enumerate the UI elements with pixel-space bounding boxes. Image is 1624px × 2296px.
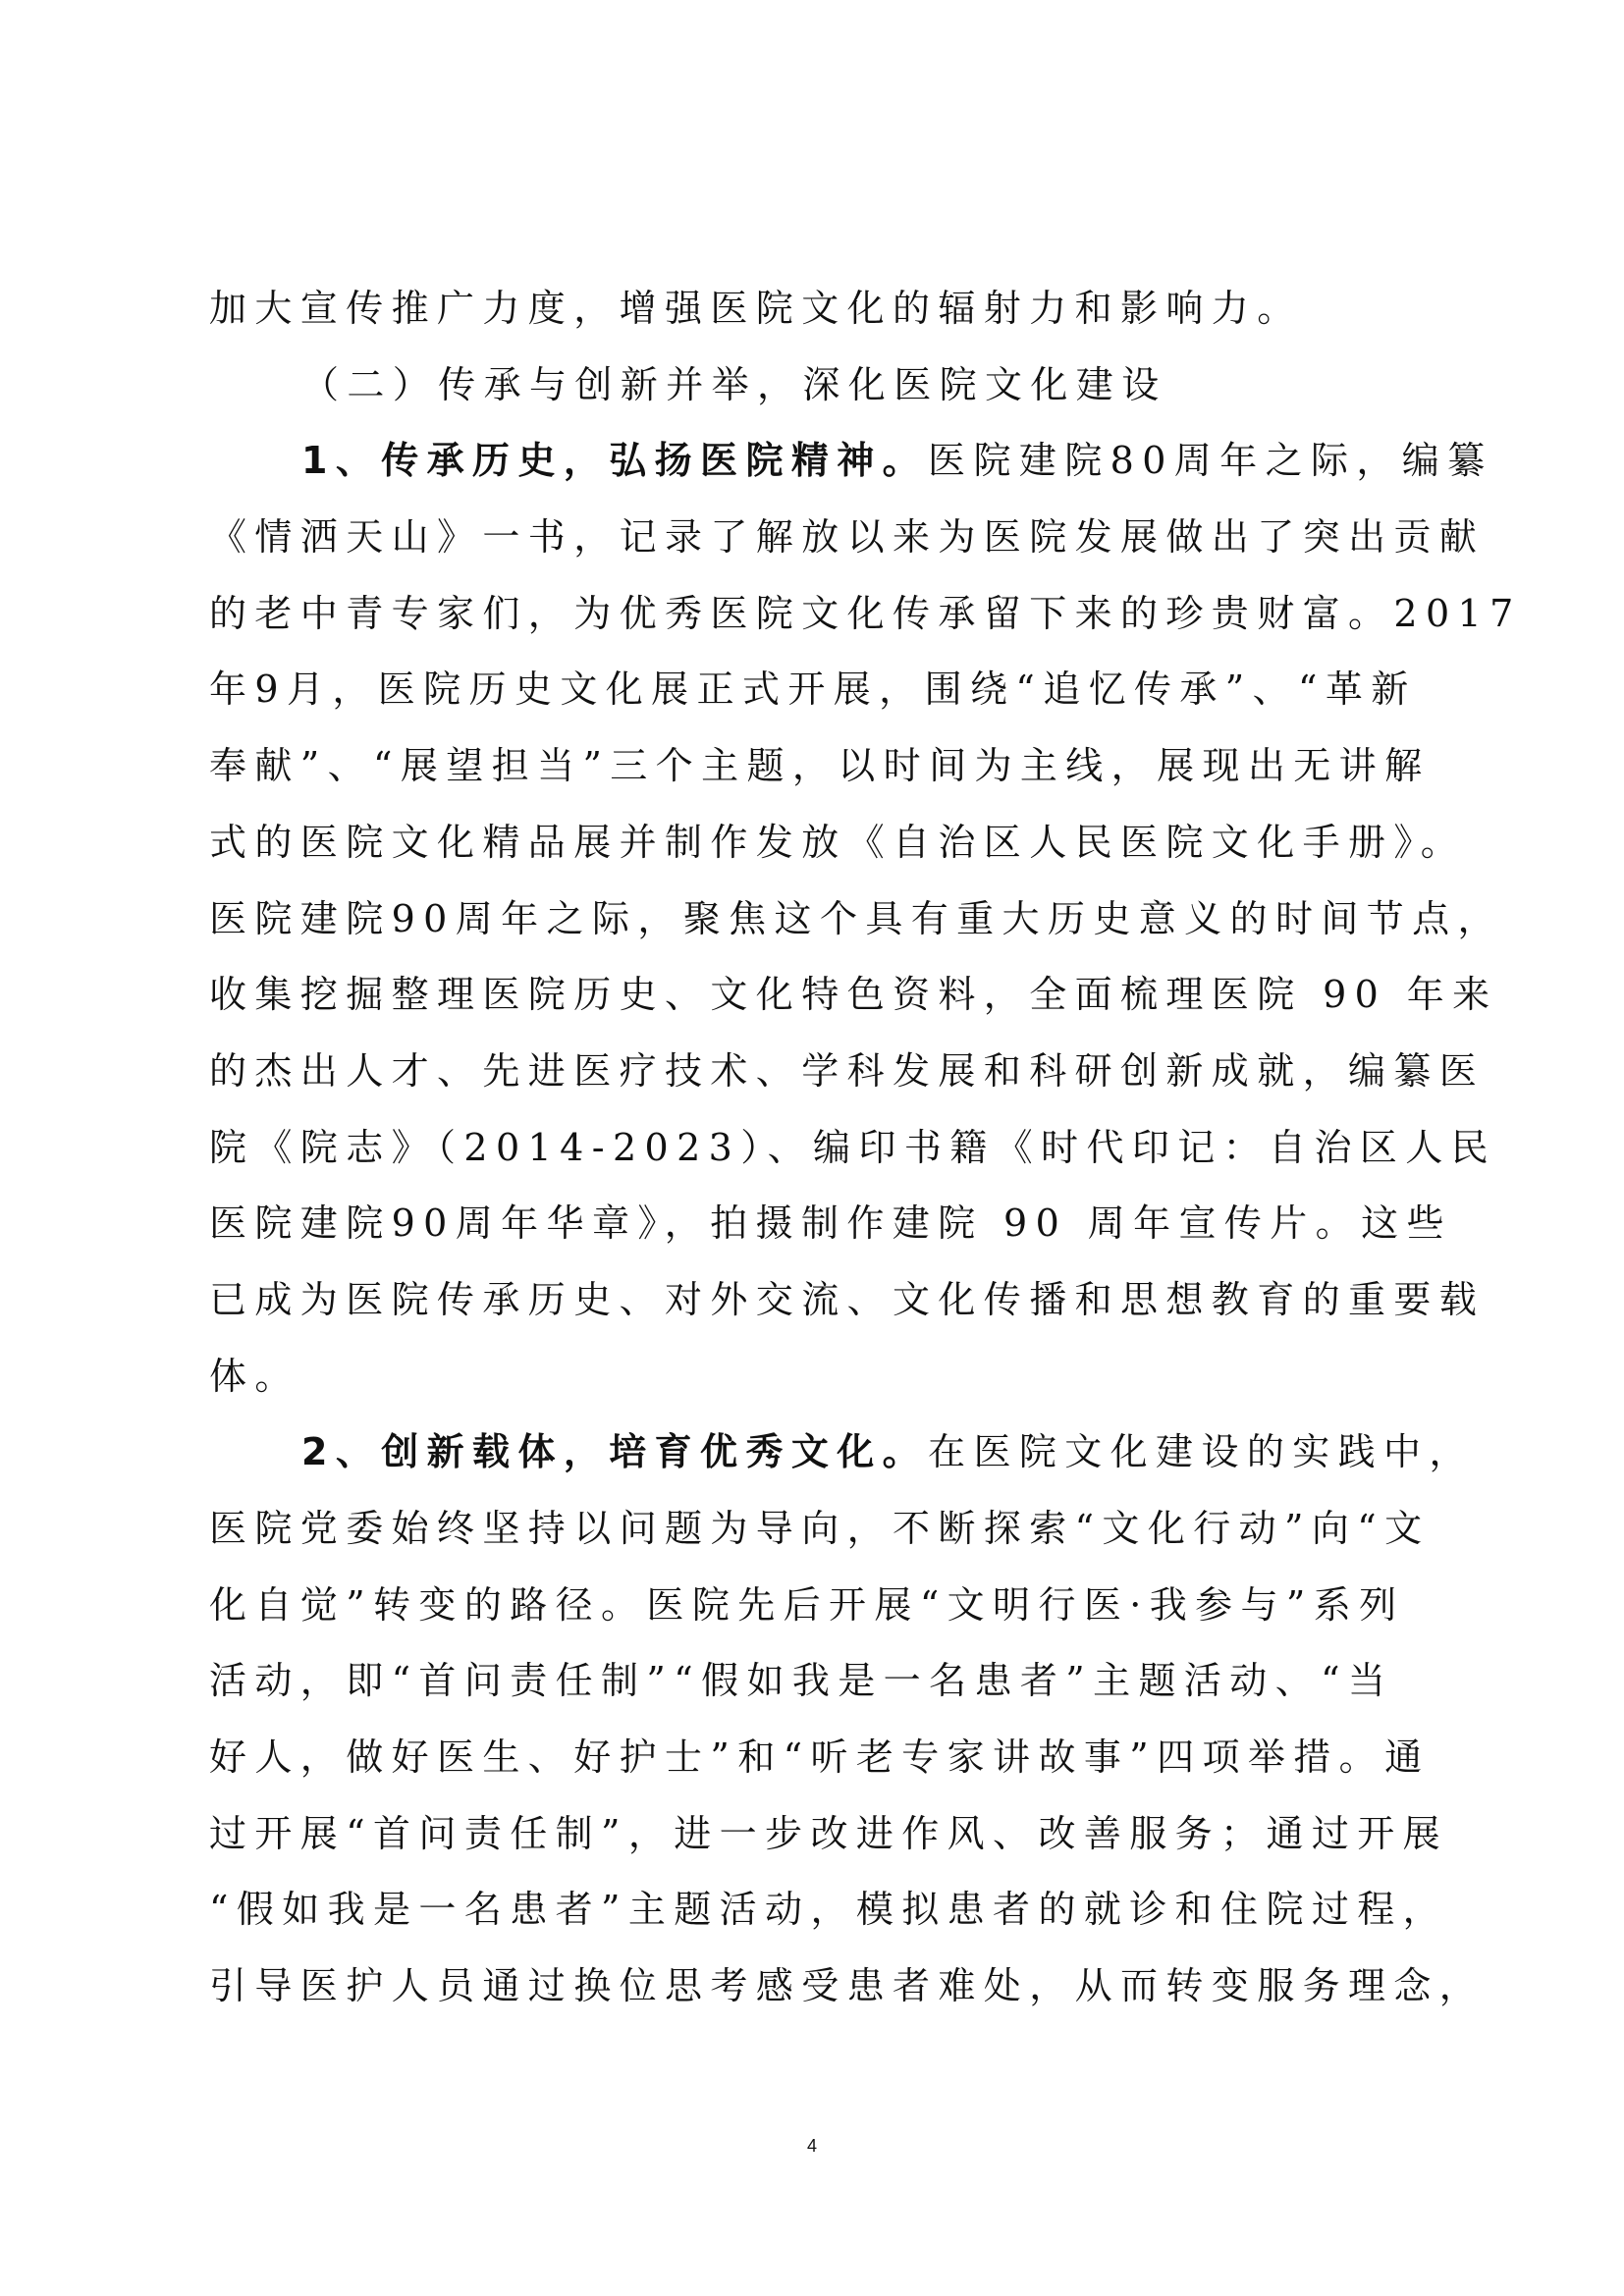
paragraph-line: 好人，做好医生、好护士”和“听老专家讲故事”四项举措。通 (209, 1720, 1413, 1796)
document-body: 加大宣传推广力度，增强医院文化的辐射力和影响力。 （二）传承与创新并举，深化医院… (209, 271, 1413, 2025)
subsection-heading: 2、创新载体，培育优秀文化。 (301, 1430, 928, 1473)
paragraph-line: 加大宣传推广力度，增强医院文化的辐射力和影响力。 (209, 271, 1413, 347)
paragraph-line: 式的医院文化精品展并制作发放《自治区人民医院文化手册》。 (209, 805, 1413, 881)
paragraph-line: 引导医护人员通过换位思考感受患者难处，从而转变服务理念， (209, 1949, 1413, 2025)
paragraph-line: 医院建院90周年华章》，拍摄制作建院 90 周年宣传片。这些 (209, 1186, 1413, 1262)
subsection-heading: 1、传承历史，弘扬医院精神。 (301, 439, 928, 482)
paragraph-line: 医院党委始终坚持以问题为导向，不断探索“文化行动”向“文 (209, 1491, 1413, 1568)
paragraph-line: 年9月，医院历史文化展正式开展，围绕“追忆传承”、“革新 (209, 652, 1413, 728)
paragraph-line: 活动，即“首问责任制”“假如我是一名患者”主题活动、“当 (209, 1643, 1413, 1720)
paragraph-line: 奉献”、“展望担当”三个主题，以时间为主线，展现出无讲解 (209, 728, 1413, 805)
paragraph-line: 2、创新载体，培育优秀文化。在医院文化建设的实践中， (209, 1415, 1413, 1491)
paragraph-line: “假如我是一名患者”主题活动，模拟患者的就诊和住院过程， (209, 1872, 1413, 1949)
page-number: 4 (0, 2136, 1624, 2157)
paragraph-line: 的杰出人才、先进医疗技术、学科发展和科研创新成就，编纂医 (209, 1034, 1413, 1110)
paragraph-line: 过开展“首问责任制”，进一步改进作风、改善服务；通过开展 (209, 1796, 1413, 1873)
paragraph-line: 收集挖掘整理医院历史、文化特色资料，全面梳理医院 90 年来 (209, 957, 1413, 1034)
paragraph-line: 体。 (209, 1339, 1413, 1415)
paragraph-line: 《情洒天山》一书，记录了解放以来为医院发展做出了突出贡献 (209, 500, 1413, 576)
paragraph-line: 1、传承历史，弘扬医院精神。医院建院80周年之际，编纂 (209, 423, 1413, 500)
paragraph-text: 医院建院80周年之际，编纂 (928, 439, 1493, 482)
paragraph-line: 化自觉”转变的路径。医院先后开展“文明行医·我参与”系列 (209, 1568, 1413, 1644)
paragraph-line: 已成为医院传承历史、对外交流、文化传播和思想教育的重要载 (209, 1262, 1413, 1339)
paragraph-line: 医院建院90周年之际，聚焦这个具有重大历史意义的时间节点， (209, 881, 1413, 958)
paragraph-line: 院《院志》（2014-2023）、编印书籍《时代印记：自治区人民 (209, 1110, 1413, 1187)
paragraph-text: 在医院文化建设的实践中， (928, 1430, 1475, 1473)
section-heading: （二）传承与创新并举，深化医院文化建设 (209, 347, 1413, 424)
paragraph-line: 的老中青专家们，为优秀医院文化传承留下来的珍贵财富。2017 (209, 576, 1413, 653)
